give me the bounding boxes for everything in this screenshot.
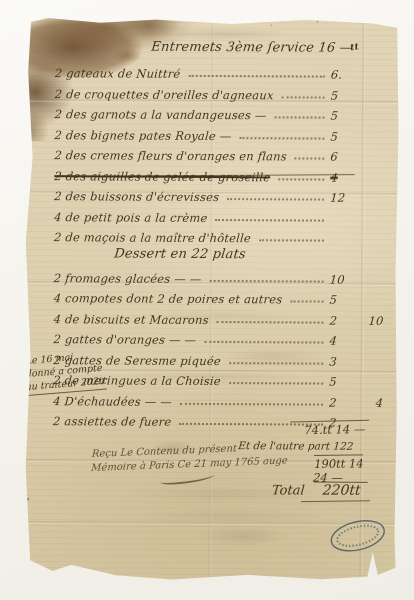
- page-subtotal: 74.tt 14 —: [290, 420, 369, 438]
- item-row: 4 de petit pois a la crème: [54, 203, 386, 225]
- item-row: 4 D'échaudées — —24: [53, 387, 385, 409]
- dotted-leader: [209, 279, 323, 282]
- item-label: 4 D'échaudées — —: [53, 393, 173, 408]
- item-price: 4: [329, 333, 360, 347]
- item-row: 2 des cremes fleurs d'oranges en flans6: [54, 141, 386, 163]
- item-sous: 4: [359, 395, 384, 409]
- dotted-leader: [282, 95, 325, 97]
- item-price: 6.: [330, 67, 361, 81]
- dotted-leader: [217, 320, 324, 323]
- dotted-leader: [204, 340, 323, 343]
- manuscript-paper: tt Entremets 3ème ſervice 16 — 2 gateaux…: [23, 15, 400, 583]
- item-label: 4 de petit pois a la crème: [54, 209, 208, 224]
- item-label: 2 des aiguilles de gelée de groseille: [54, 168, 271, 183]
- dotted-leader: [295, 157, 325, 159]
- item-sous: 10: [359, 313, 384, 327]
- dotted-leader: [229, 382, 324, 384]
- item-row: 2 de maçois a la maître d'hôtelle: [54, 223, 386, 245]
- item-row-struck-through: 2 des aiguilles de gelée de groseille4: [54, 162, 386, 184]
- total-value: 220tt: [312, 482, 368, 499]
- dotted-leader: [188, 74, 325, 77]
- item-price: 2: [329, 313, 360, 327]
- item-row: 4 compotes dont 2 de poires et autres5: [53, 284, 385, 306]
- item-row: 4 de biscuits et Macarons210: [53, 305, 385, 327]
- dotted-leader: [274, 116, 324, 118]
- item-label: 2 fromages glacées — —: [53, 270, 202, 285]
- item-row: 2 gattes d'oranges — —4: [53, 325, 385, 347]
- dotted-leader: [215, 218, 324, 221]
- photo-background: tt Entremets 3ème ſervice 16 — 2 gateaux…: [0, 0, 414, 600]
- dotted-leader: [180, 402, 323, 405]
- item-price: 3: [329, 354, 360, 368]
- item-row: 2 de croquettes d'oreilles d'agneaux5: [54, 80, 386, 102]
- dotted-leader: [227, 198, 324, 201]
- item-label: 4 compotes dont 2 de poires et autres: [53, 291, 283, 306]
- section-title-dessert: Dessert en 22 plats: [113, 246, 385, 262]
- dotted-leader: [229, 361, 324, 363]
- item-label: 2 de maçois a la maître d'hôtelle: [54, 230, 252, 245]
- item-price: 5: [330, 108, 361, 122]
- dotted-leader: [278, 177, 324, 179]
- item-price: 5: [329, 374, 360, 388]
- item-label: 2 des cremes fleurs d'oranges en flans: [54, 148, 287, 163]
- item-label: 2 des garnots a la vandangeuses —: [54, 107, 267, 122]
- dotted-leader: [259, 239, 324, 241]
- margin-payment-note: Le 16 mai donné a compte au traiteur 202…: [26, 347, 118, 396]
- item-row: 2 fromages glacées — —10: [53, 264, 385, 286]
- grand-total: Total220tt: [272, 482, 368, 498]
- item-label: 2 gateaux de Nuittré: [54, 66, 181, 81]
- item-label: 2 des buissons d'écrevisses: [54, 189, 220, 204]
- item-label: 2 de croquettes d'oreilles d'agneaux: [54, 86, 274, 101]
- section-title-entremets: Entremets 3ème ſervice 16 —: [150, 40, 386, 56]
- item-price: 5: [330, 88, 361, 102]
- oval-collection-stamp-icon: [323, 510, 392, 562]
- item-price: 5: [330, 129, 361, 143]
- item-row: 2 gateaux de Nuittré6.: [54, 59, 386, 81]
- item-price: 10: [329, 272, 360, 286]
- item-price: 2: [329, 395, 360, 409]
- item-row: 2 des bignets pates Royale —5: [54, 121, 386, 143]
- item-price: 12: [330, 190, 361, 204]
- item-price: 6: [330, 149, 361, 163]
- item-row: 2 des buissons d'écrevisses12: [54, 182, 386, 204]
- item-label: 2 gattes d'oranges — —: [53, 332, 197, 347]
- item-price: 5: [329, 292, 360, 306]
- carried-sum: 190tt 14: [314, 454, 364, 471]
- receipt-note: Reçu Le Contenu du présent Mémoire à Par…: [90, 440, 302, 487]
- item-label: 2 assiettes de fuere: [53, 414, 172, 429]
- dotted-leader: [290, 300, 323, 302]
- item-label: 2 des bignets pates Royale —: [54, 127, 232, 142]
- item-label: 4 de biscuits et Macarons: [53, 311, 209, 326]
- total-label: Total: [272, 483, 306, 498]
- item-price: 4: [330, 170, 361, 184]
- item-row: 2 des garnots a la vandangeuses —5: [54, 100, 386, 122]
- dotted-leader: [239, 136, 324, 138]
